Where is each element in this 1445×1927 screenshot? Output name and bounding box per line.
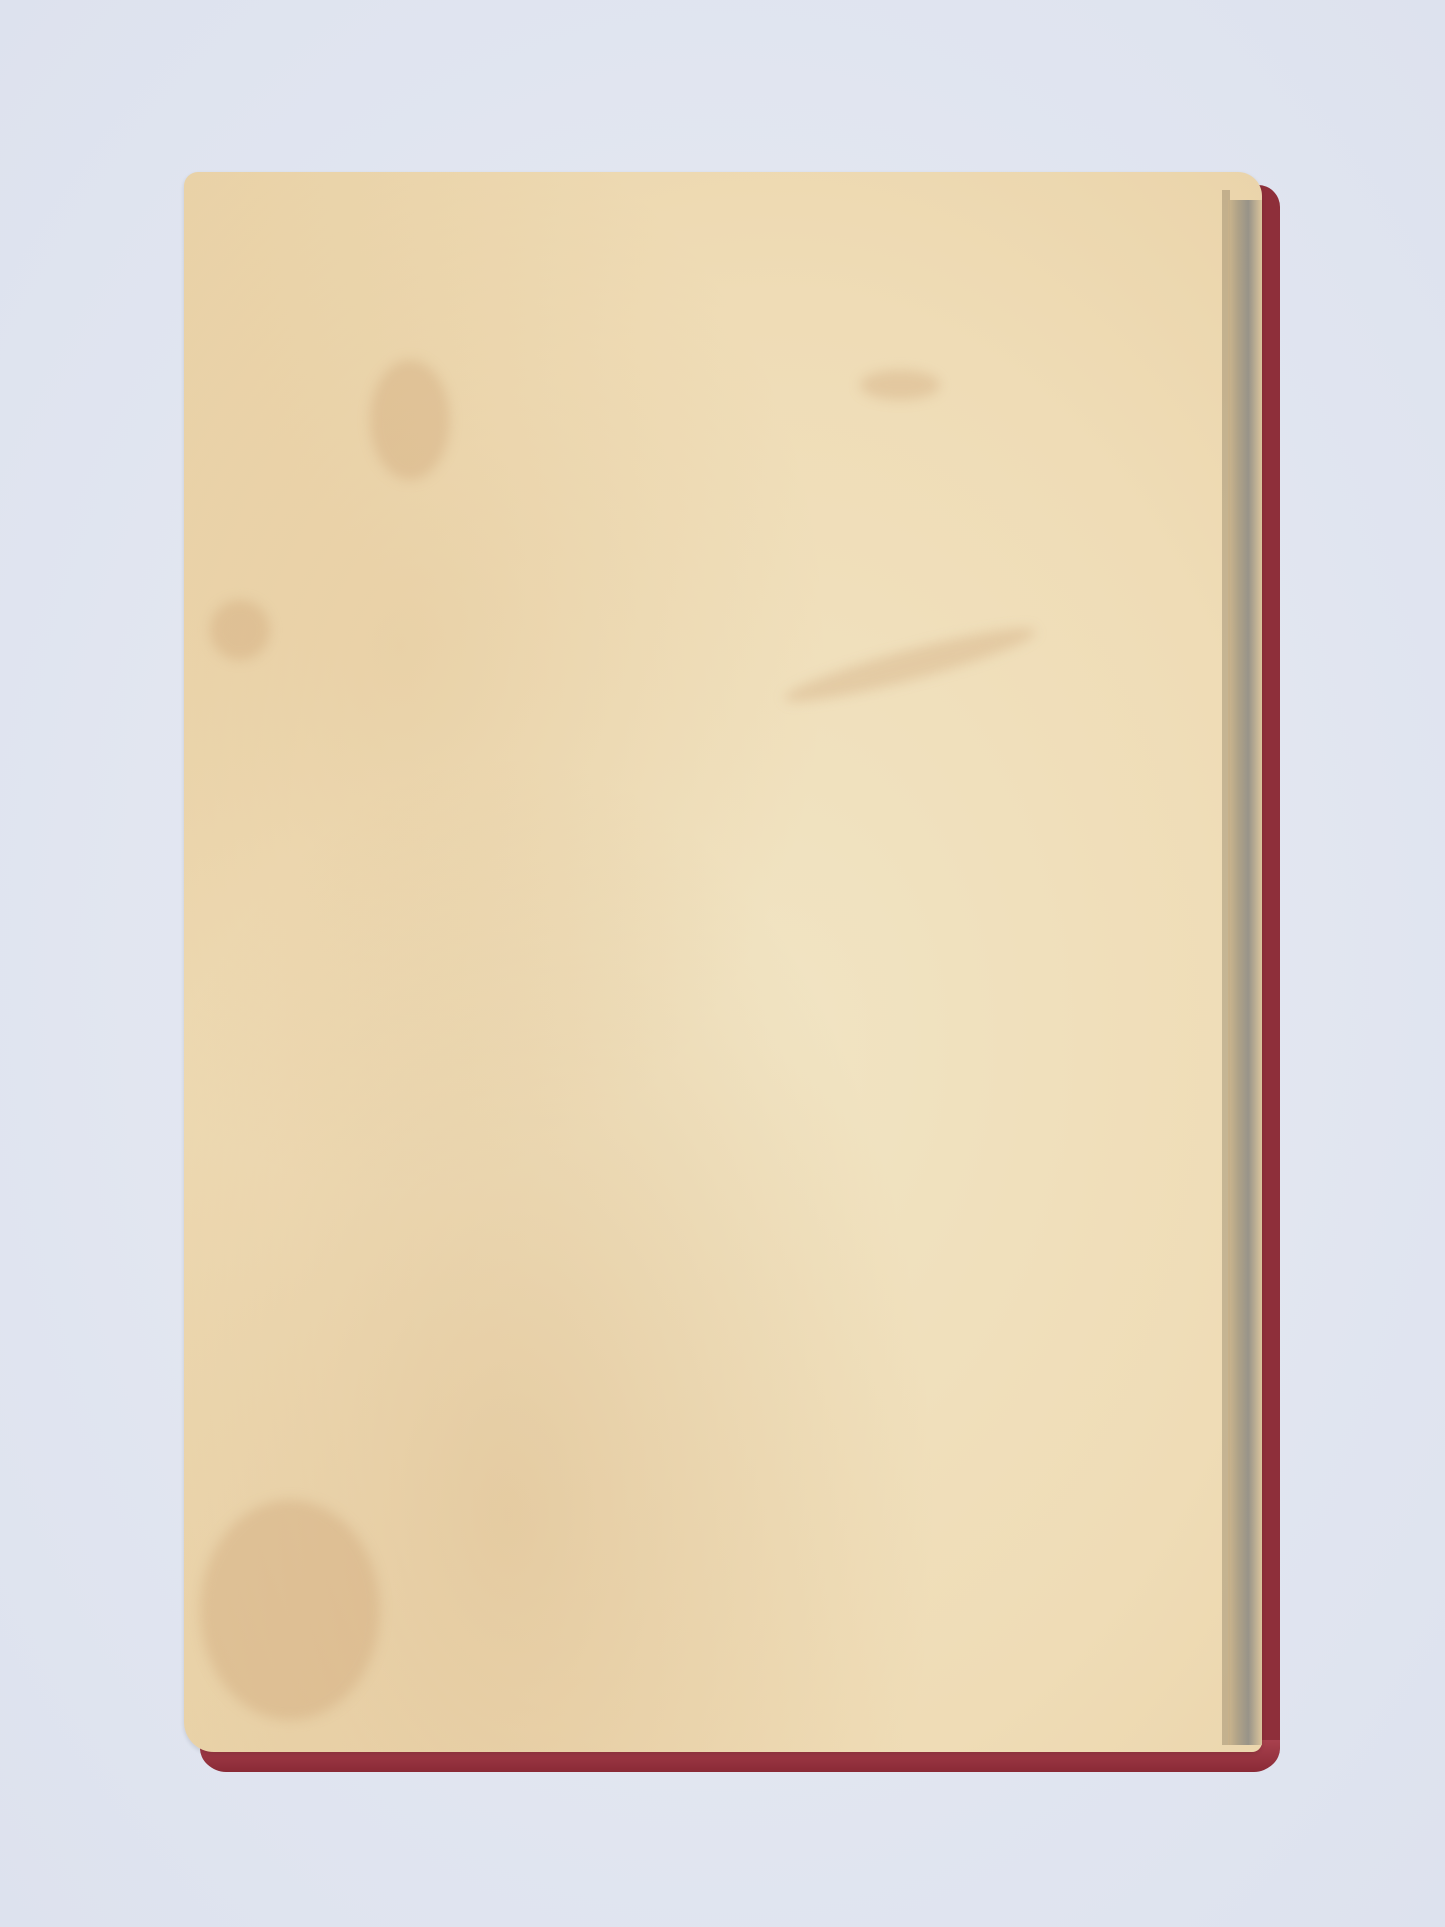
stain [860,370,940,400]
stain [370,360,450,480]
stain [200,1500,380,1720]
dust-jacket-back [184,172,1262,1752]
worn-spine-edge [1228,200,1262,1745]
stain [210,600,270,660]
